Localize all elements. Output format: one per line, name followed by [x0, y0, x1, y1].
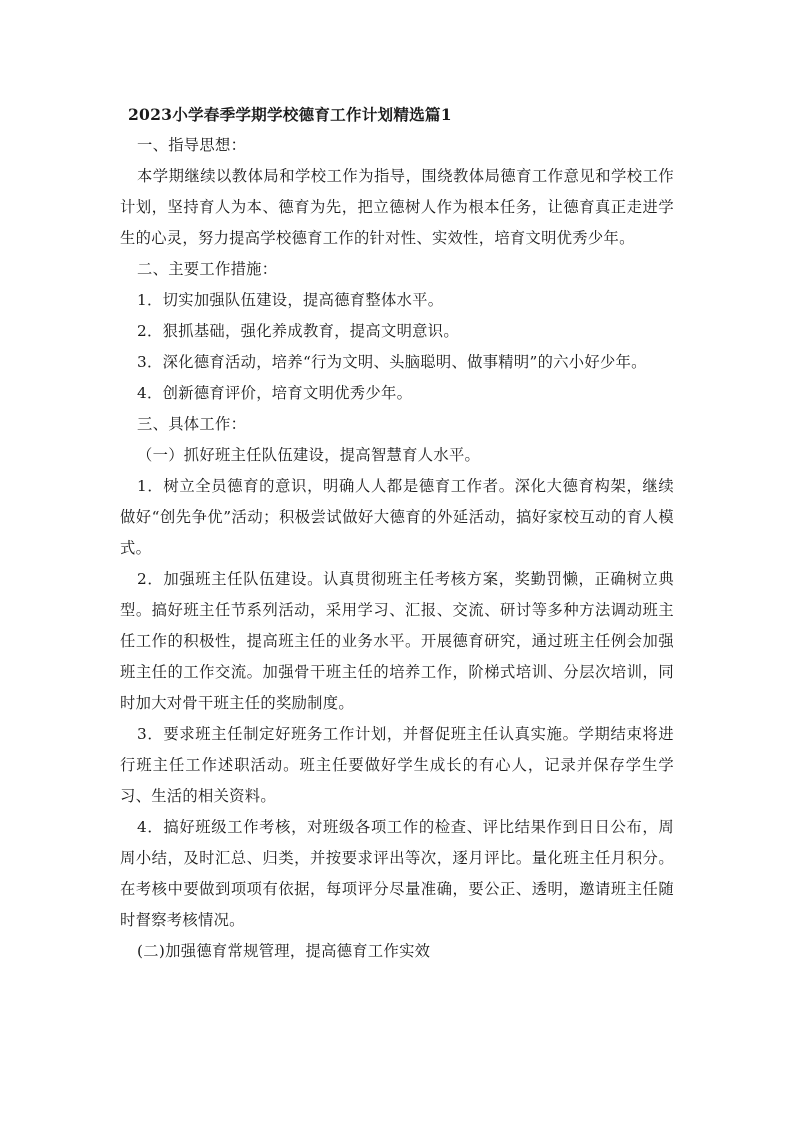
subsection-heading-2: (二)加强德育常规管理，提高德育工作实效 [120, 936, 674, 967]
measure-item-4: 4．创新德育评价，培育文明优秀少年。 [120, 378, 674, 409]
document-page: 2023小学春季学期学校德育工作计划精选篇1 一、指导思想： 本学期继续以教体局… [120, 100, 674, 967]
measure-item-3: 3．深化德育活动，培养“行为文明、头脑聪明、做事精明”的六小好少年。 [120, 347, 674, 378]
section-heading-specific-work: 三、具体工作： [120, 409, 674, 440]
work-item-1: 1．树立全员德育的意识，明确人人都是德育工作者。深化大德育构架，继续做好“创先争… [120, 471, 674, 564]
paragraph-guiding-ideology: 本学期继续以教体局和学校工作为指导，围绕教体局德育工作意见和学校工作计划，坚持育… [120, 161, 674, 254]
measure-item-1: 1．切实加强队伍建设，提高德育整体水平。 [120, 285, 674, 316]
section-heading-main-measures: 二、主要工作措施： [120, 254, 674, 285]
work-item-2: 2．加强班主任队伍建设。认真贯彻班主任考核方案，奖勤罚懒，正确树立典型。搞好班主… [120, 564, 674, 719]
section-heading-guiding-ideology: 一、指导思想： [120, 130, 674, 161]
subsection-heading-1: （一）抓好班主任队伍建设，提高智慧育人水平。 [120, 440, 674, 471]
measure-item-2: 2．狠抓基础，强化养成教育，提高文明意识。 [120, 316, 674, 347]
document-title: 2023小学春季学期学校德育工作计划精选篇1 [128, 100, 674, 130]
work-item-4: 4．搞好班级工作考核，对班级各项工作的检查、评比结果作到日日公布，周周小结，及时… [120, 812, 674, 936]
work-item-3: 3．要求班主任制定好班务工作计划，并督促班主任认真实施。学期结束将进行班主任工作… [120, 719, 674, 812]
